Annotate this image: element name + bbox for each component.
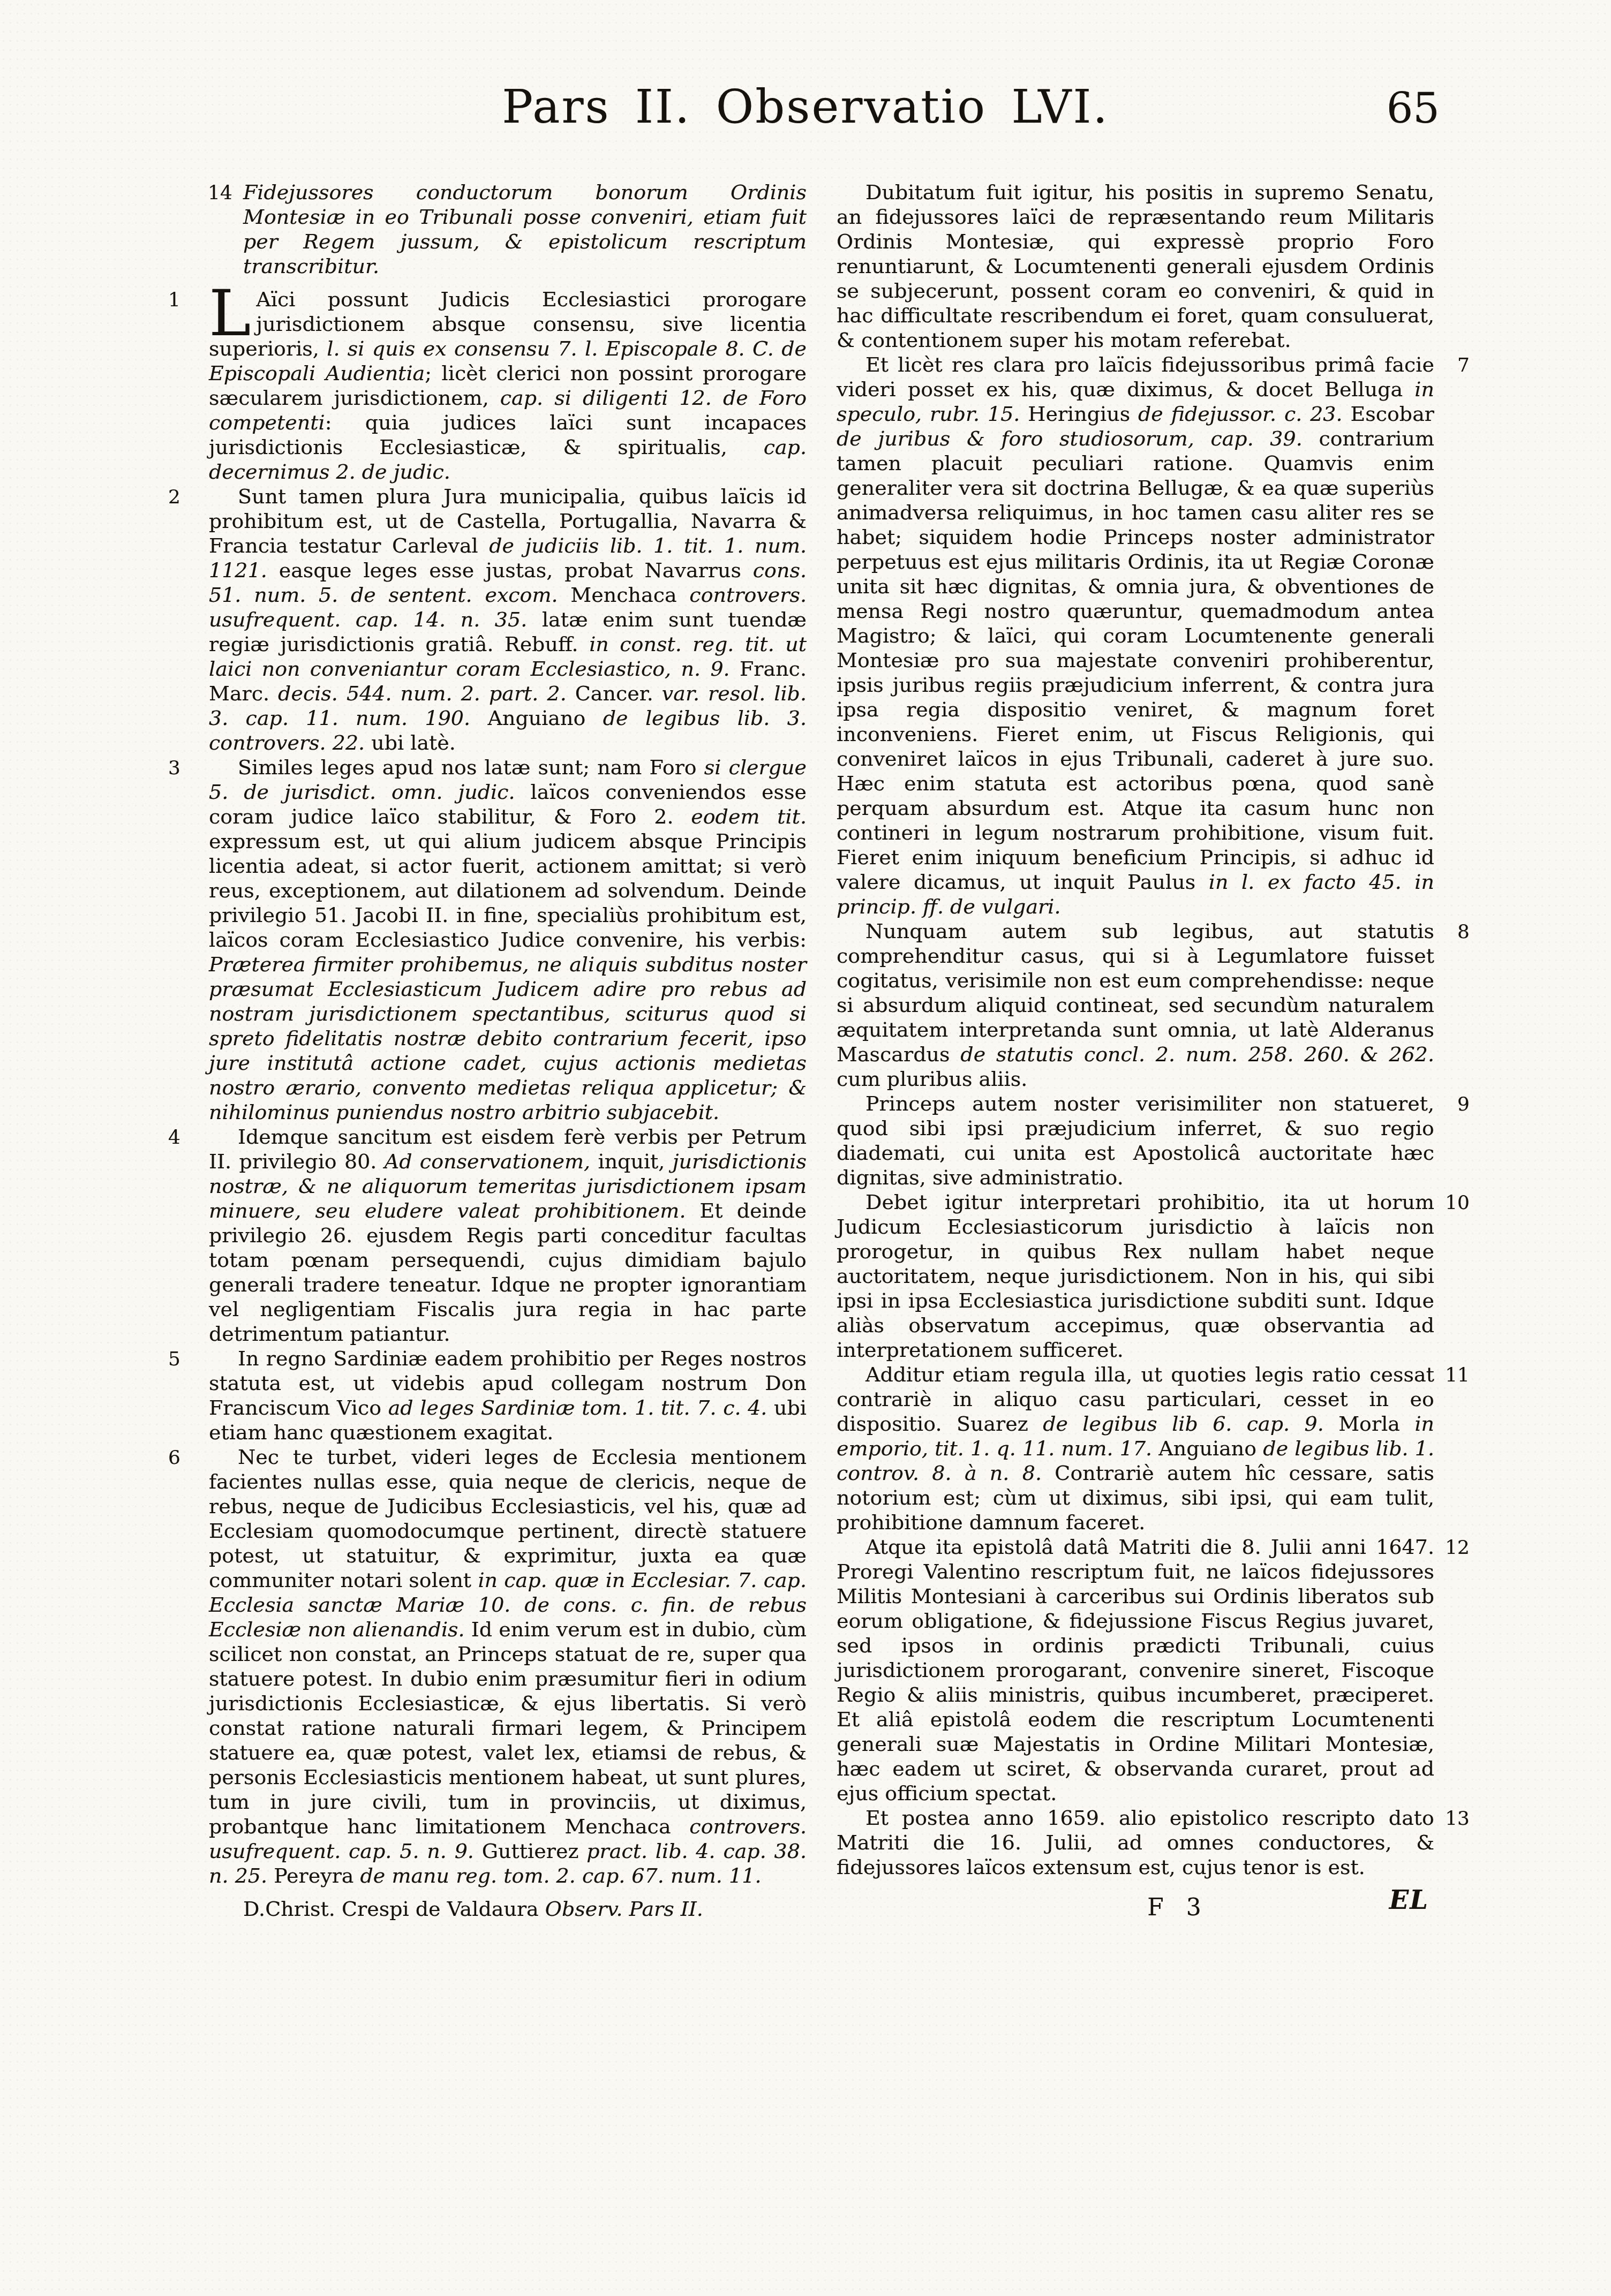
paragraph: 12Atque ita epistolâ datâ Matriti die 8.… xyxy=(837,1535,1434,1806)
paragraph: 5In regno Sardiniæ eadem prohibitio per … xyxy=(209,1346,807,1445)
paragraph: 3Similes leges apud nos latæ sunt; nam F… xyxy=(209,755,807,1124)
signature-row: F 3 EL xyxy=(837,1895,1434,1933)
signature-mark: F 3 xyxy=(1147,1895,1209,1920)
colophon-text: D.Christ. Crespi de Valdaura xyxy=(243,1897,545,1921)
colophon-italic-text: Observ. Pars II. xyxy=(545,1897,703,1921)
margin-number: 9 xyxy=(1457,1092,1470,1117)
paragraph: 9Princeps autem noster verisimiliter non… xyxy=(837,1091,1434,1190)
right-column: Dubitatum fuit igitur, his positis in su… xyxy=(837,180,1434,1933)
paragraph-text: Additur etiam regula illa, ut quoties le… xyxy=(837,1363,1434,1534)
book-page: Pars II. Observatio LVI. 65 14 Fidejusso… xyxy=(0,0,1611,2296)
paragraph: 2Sunt tamen plura Jura municipalia, quib… xyxy=(209,484,807,755)
paragraph-text: Similes leges apud nos latæ sunt; nam Fo… xyxy=(209,756,807,1124)
paragraph: 11Additur etiam regula illa, ut quoties … xyxy=(837,1362,1434,1535)
catchword: EL xyxy=(1389,1888,1429,1913)
margin-number: 12 xyxy=(1445,1536,1470,1560)
paragraph-text: Sunt tamen plura Jura municipalia, quibu… xyxy=(209,485,807,754)
paragraph-text: Et postea anno 1659. alio epistolico res… xyxy=(837,1806,1434,1879)
paragraph: 13Et postea anno 1659. alio epistolico r… xyxy=(837,1806,1434,1879)
margin-number: 1 xyxy=(168,288,180,313)
margin-number: 8 xyxy=(1457,920,1470,945)
paragraph: 6Nec te turbet, videri leges de Ecclesia… xyxy=(209,1445,807,1888)
right-paragraph-list: Dubitatum fuit igitur, his positis in su… xyxy=(837,180,1434,1879)
text-columns: 14 Fidejussores conductorum bonorum Ordi… xyxy=(209,180,1434,1933)
margin-number: 14 xyxy=(208,181,232,206)
paragraph: 4Idemque sancitum est eisdem ferè verbis… xyxy=(209,1124,807,1346)
page-header: Pars II. Observatio LVI. xyxy=(0,80,1611,134)
margin-number: 13 xyxy=(1445,1807,1470,1831)
paragraph-text: Aïci possunt Judicis Ecclesiastici proro… xyxy=(209,288,807,484)
paragraph: 10Debet igitur interpretari prohibitio, … xyxy=(837,1190,1434,1362)
paragraph-text: In regno Sardiniæ eadem prohibitio per R… xyxy=(209,1347,807,1444)
paragraph-text: Et licèt res clara pro laïcis fidejussor… xyxy=(837,353,1434,918)
drop-cap: L xyxy=(209,287,256,336)
colophon: D.Christ. Crespi de Valdaura Observ. Par… xyxy=(209,1897,807,1921)
margin-number: 2 xyxy=(168,485,180,510)
left-paragraph-list: 1LAïci possunt Judicis Ecclesiastici pro… xyxy=(209,287,807,1888)
margin-number: 6 xyxy=(168,1446,180,1470)
margin-number: 3 xyxy=(168,756,180,781)
paragraph-text: Debet igitur interpretari prohibitio, it… xyxy=(837,1190,1434,1362)
paragraph: 8Nunquam autem sub legibus, aut statutis… xyxy=(837,919,1434,1091)
page-number: 65 xyxy=(1387,85,1440,133)
summary-paragraph: 14 Fidejussores conductorum bonorum Ordi… xyxy=(209,180,807,278)
left-column: 14 Fidejussores conductorum bonorum Ordi… xyxy=(209,180,807,1933)
paragraph-text: Nec te turbet, videri leges de Ecclesia … xyxy=(209,1445,807,1887)
paragraph-text: Idemque sancitum est eisdem ferè verbis … xyxy=(209,1125,807,1346)
margin-number: 7 xyxy=(1457,353,1470,378)
paragraph-text: Dubitatum fuit igitur, his positis in su… xyxy=(837,180,1434,352)
paragraph: Dubitatum fuit igitur, his positis in su… xyxy=(837,180,1434,352)
margin-number: 11 xyxy=(1445,1363,1470,1388)
paragraph: 7Et licèt res clara pro laïcis fidejusso… xyxy=(837,352,1434,919)
paragraph-text: Princeps autem noster verisimiliter non … xyxy=(837,1092,1434,1189)
margin-number: 5 xyxy=(168,1347,180,1372)
summary-text: Fidejussores conductorum bonorum Ordinis… xyxy=(243,180,807,278)
paragraph-text: Nunquam autem sub legibus, aut statutis … xyxy=(837,919,1434,1091)
paragraph-text: Atque ita epistolâ datâ Matriti die 8. J… xyxy=(837,1535,1434,1805)
paragraph: 1LAïci possunt Judicis Ecclesiastici pro… xyxy=(209,287,807,484)
margin-number: 4 xyxy=(168,1126,180,1150)
margin-number: 10 xyxy=(1445,1191,1470,1215)
header-title: Pars II. Observatio LVI. xyxy=(502,80,1109,134)
